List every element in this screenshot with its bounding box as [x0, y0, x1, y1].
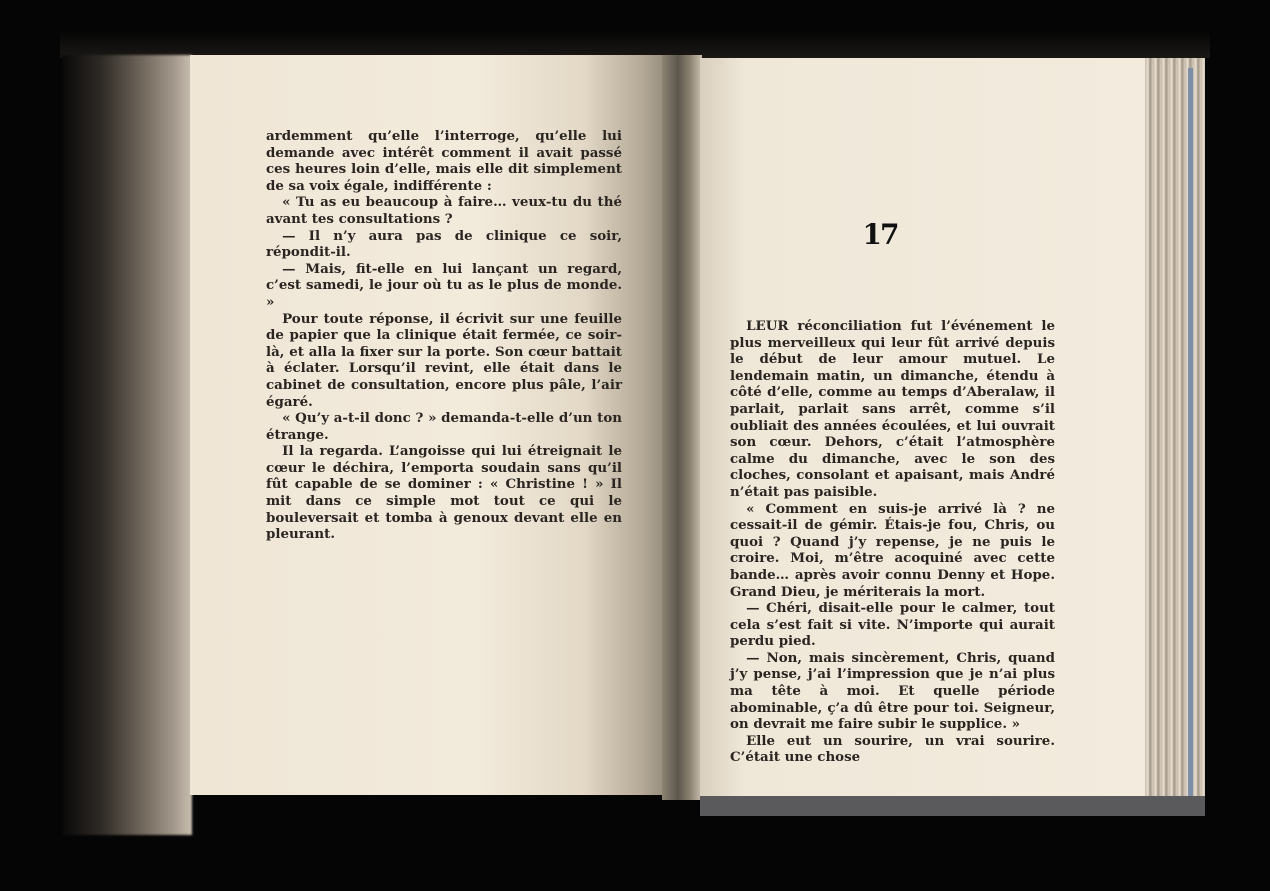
paragraph: ardemment qu’elle l’interroge, qu’elle l…: [266, 128, 622, 194]
paragraph: « Qu’y a-t-il donc ? » demanda-t-elle d’…: [266, 410, 622, 443]
paragraph: — Il n’y aura pas de clinique ce soir, r…: [266, 228, 622, 261]
cover-edge: [1188, 68, 1193, 808]
left-page-text: ardemment qu’elle l’interroge, qu’elle l…: [266, 128, 622, 543]
paragraph: — Chéri, disait-elle pour le calmer, tou…: [730, 600, 1055, 650]
paragraph: Il la regarda. L’angoisse qui lui étreig…: [266, 443, 622, 543]
paragraph: — Non, mais sincèrement, Chris, quand j’…: [730, 650, 1055, 733]
right-page-stack-edge: [1145, 58, 1205, 816]
paragraph: « Comment en suis-je arrivé là ? ne cess…: [730, 501, 1055, 601]
paragraph: Elle eut un sourire, un vrai sourire. C’…: [730, 733, 1055, 766]
paragraph: — Mais, fit-elle en lui lançant un regar…: [266, 261, 622, 311]
book-gutter: [662, 55, 702, 800]
background-shadow: [60, 30, 1210, 58]
paragraph: Pour toute réponse, il écrivit sur une f…: [266, 311, 622, 411]
book-cover-bottom: [700, 796, 1205, 816]
chapter-number: 17: [860, 218, 900, 251]
paragraph: LEUR réconciliation fut l’événement le p…: [730, 318, 1055, 501]
paragraph: « Tu as eu beaucoup à faire… veux-tu du …: [266, 194, 622, 227]
right-page-text: LEUR réconciliation fut l’événement le p…: [730, 318, 1055, 766]
left-page-stack-edge: [62, 55, 192, 835]
